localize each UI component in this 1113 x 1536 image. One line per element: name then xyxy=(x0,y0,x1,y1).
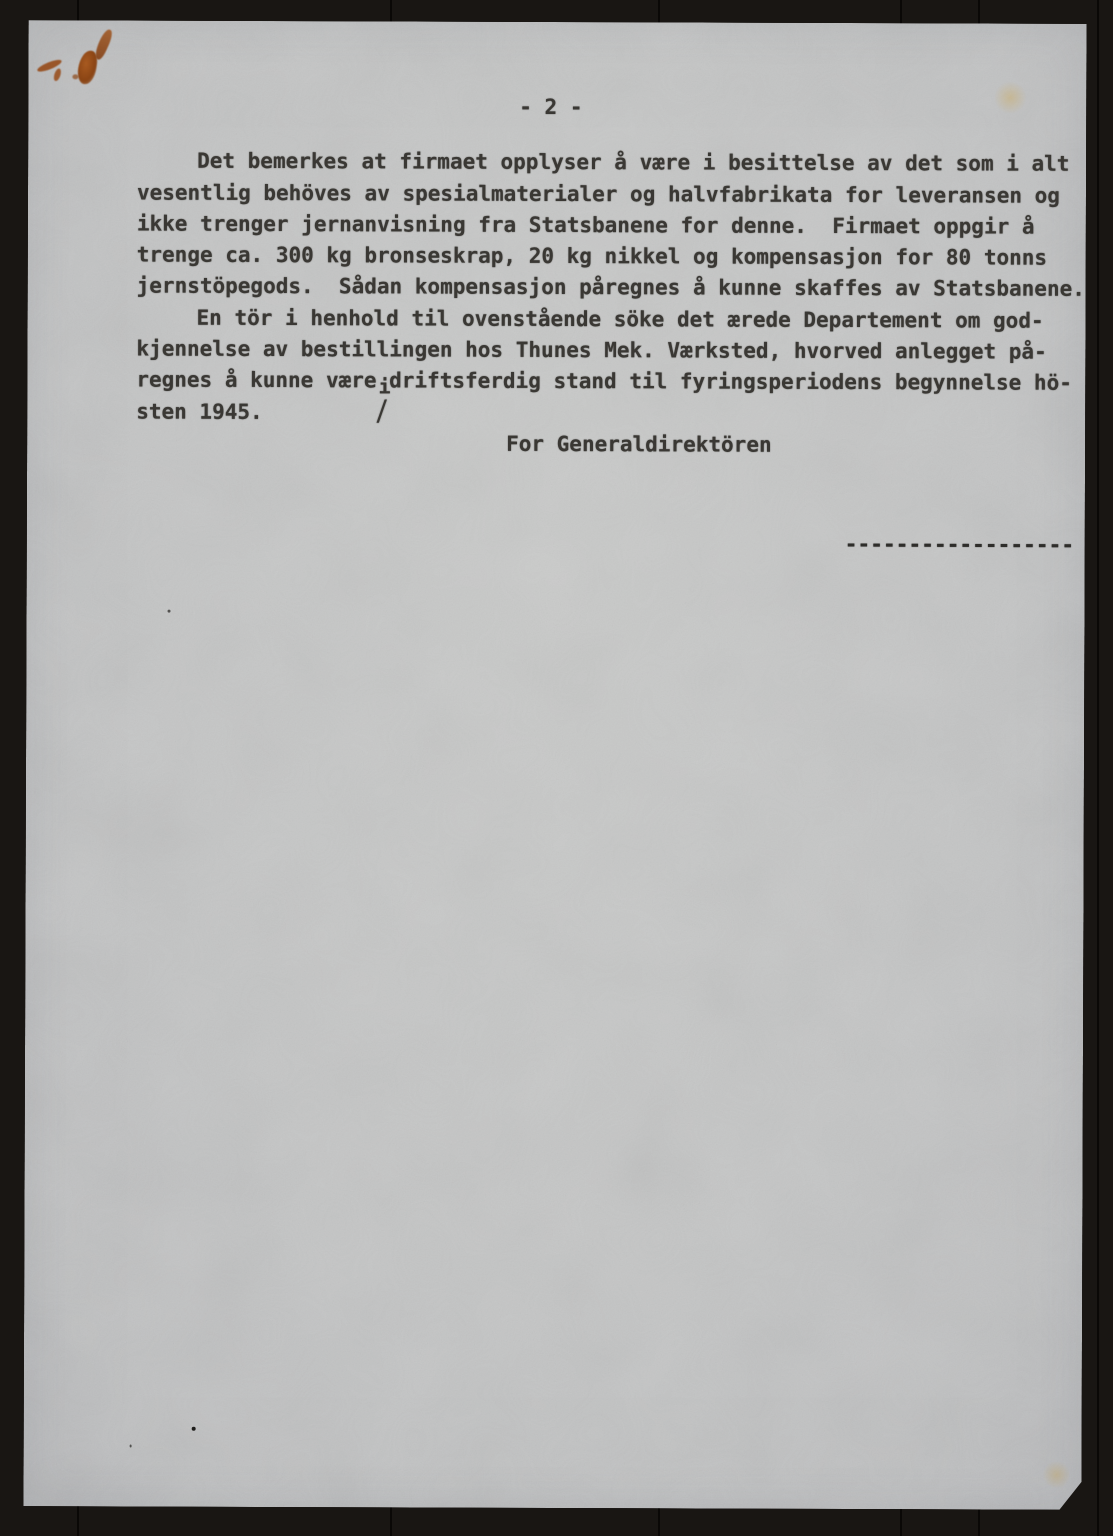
paragraph-2: En tör i henhold til ovenstående söke de… xyxy=(136,302,1096,431)
typewritten-line: sten 1945. xyxy=(136,396,1096,431)
signature-dashes: ------------------ xyxy=(845,529,1074,561)
rust-stain xyxy=(36,58,63,74)
scanned-document-view: - 2 - Det bemerkes at firmaet opplyser å… xyxy=(0,0,1113,1536)
typewritten-line: ikke trenger jernanvisning fra Statsbane… xyxy=(137,208,1097,243)
ink-speck xyxy=(130,1445,132,1448)
typewritten-line: En tör i henhold til ovenstående söke de… xyxy=(137,302,1097,337)
rust-stain xyxy=(72,74,78,79)
document-page: - 2 - Det bemerkes at firmaet opplyser å… xyxy=(23,20,1086,1510)
typewritten-line: kjennelse av bestillingen hos Thunes Mek… xyxy=(136,334,1096,369)
rust-stain xyxy=(92,28,114,61)
rust-stain xyxy=(76,49,99,85)
scanner-bed-seam xyxy=(1097,0,1099,1536)
line-segment: driftsferdig stand til fyringsperiodens … xyxy=(389,369,1072,395)
page-number: - 2 - xyxy=(137,91,1097,126)
insertion-slash: / xyxy=(375,391,388,433)
typewritten-line: Det bemerkes at firmaet opplyser å være … xyxy=(137,146,1097,181)
typewritten-line-with-insertion: regnes å kunne værei/driftsferdig stand … xyxy=(136,365,1096,400)
ink-speck xyxy=(168,610,171,613)
typewritten-line: jernstöpegods. Sådan kompensasjon påregn… xyxy=(137,271,1097,306)
yellow-stain xyxy=(1041,1462,1071,1488)
typewritten-line: trenge ca. 300 kg bronseskrap, 20 kg nik… xyxy=(137,240,1097,275)
typewritten-text: - 2 - Det bemerkes at firmaet opplyser å… xyxy=(136,91,1097,463)
line-segment: regnes å kunne være xyxy=(136,368,376,393)
ink-speck xyxy=(192,1427,196,1431)
rust-stain xyxy=(53,68,63,82)
signoff: For Generaldirektören xyxy=(136,428,1096,463)
typewritten-line: vesentlig behöves av spesialmaterialer o… xyxy=(137,177,1097,212)
paragraph-1: Det bemerkes at firmaet opplyser å være … xyxy=(137,146,1098,306)
